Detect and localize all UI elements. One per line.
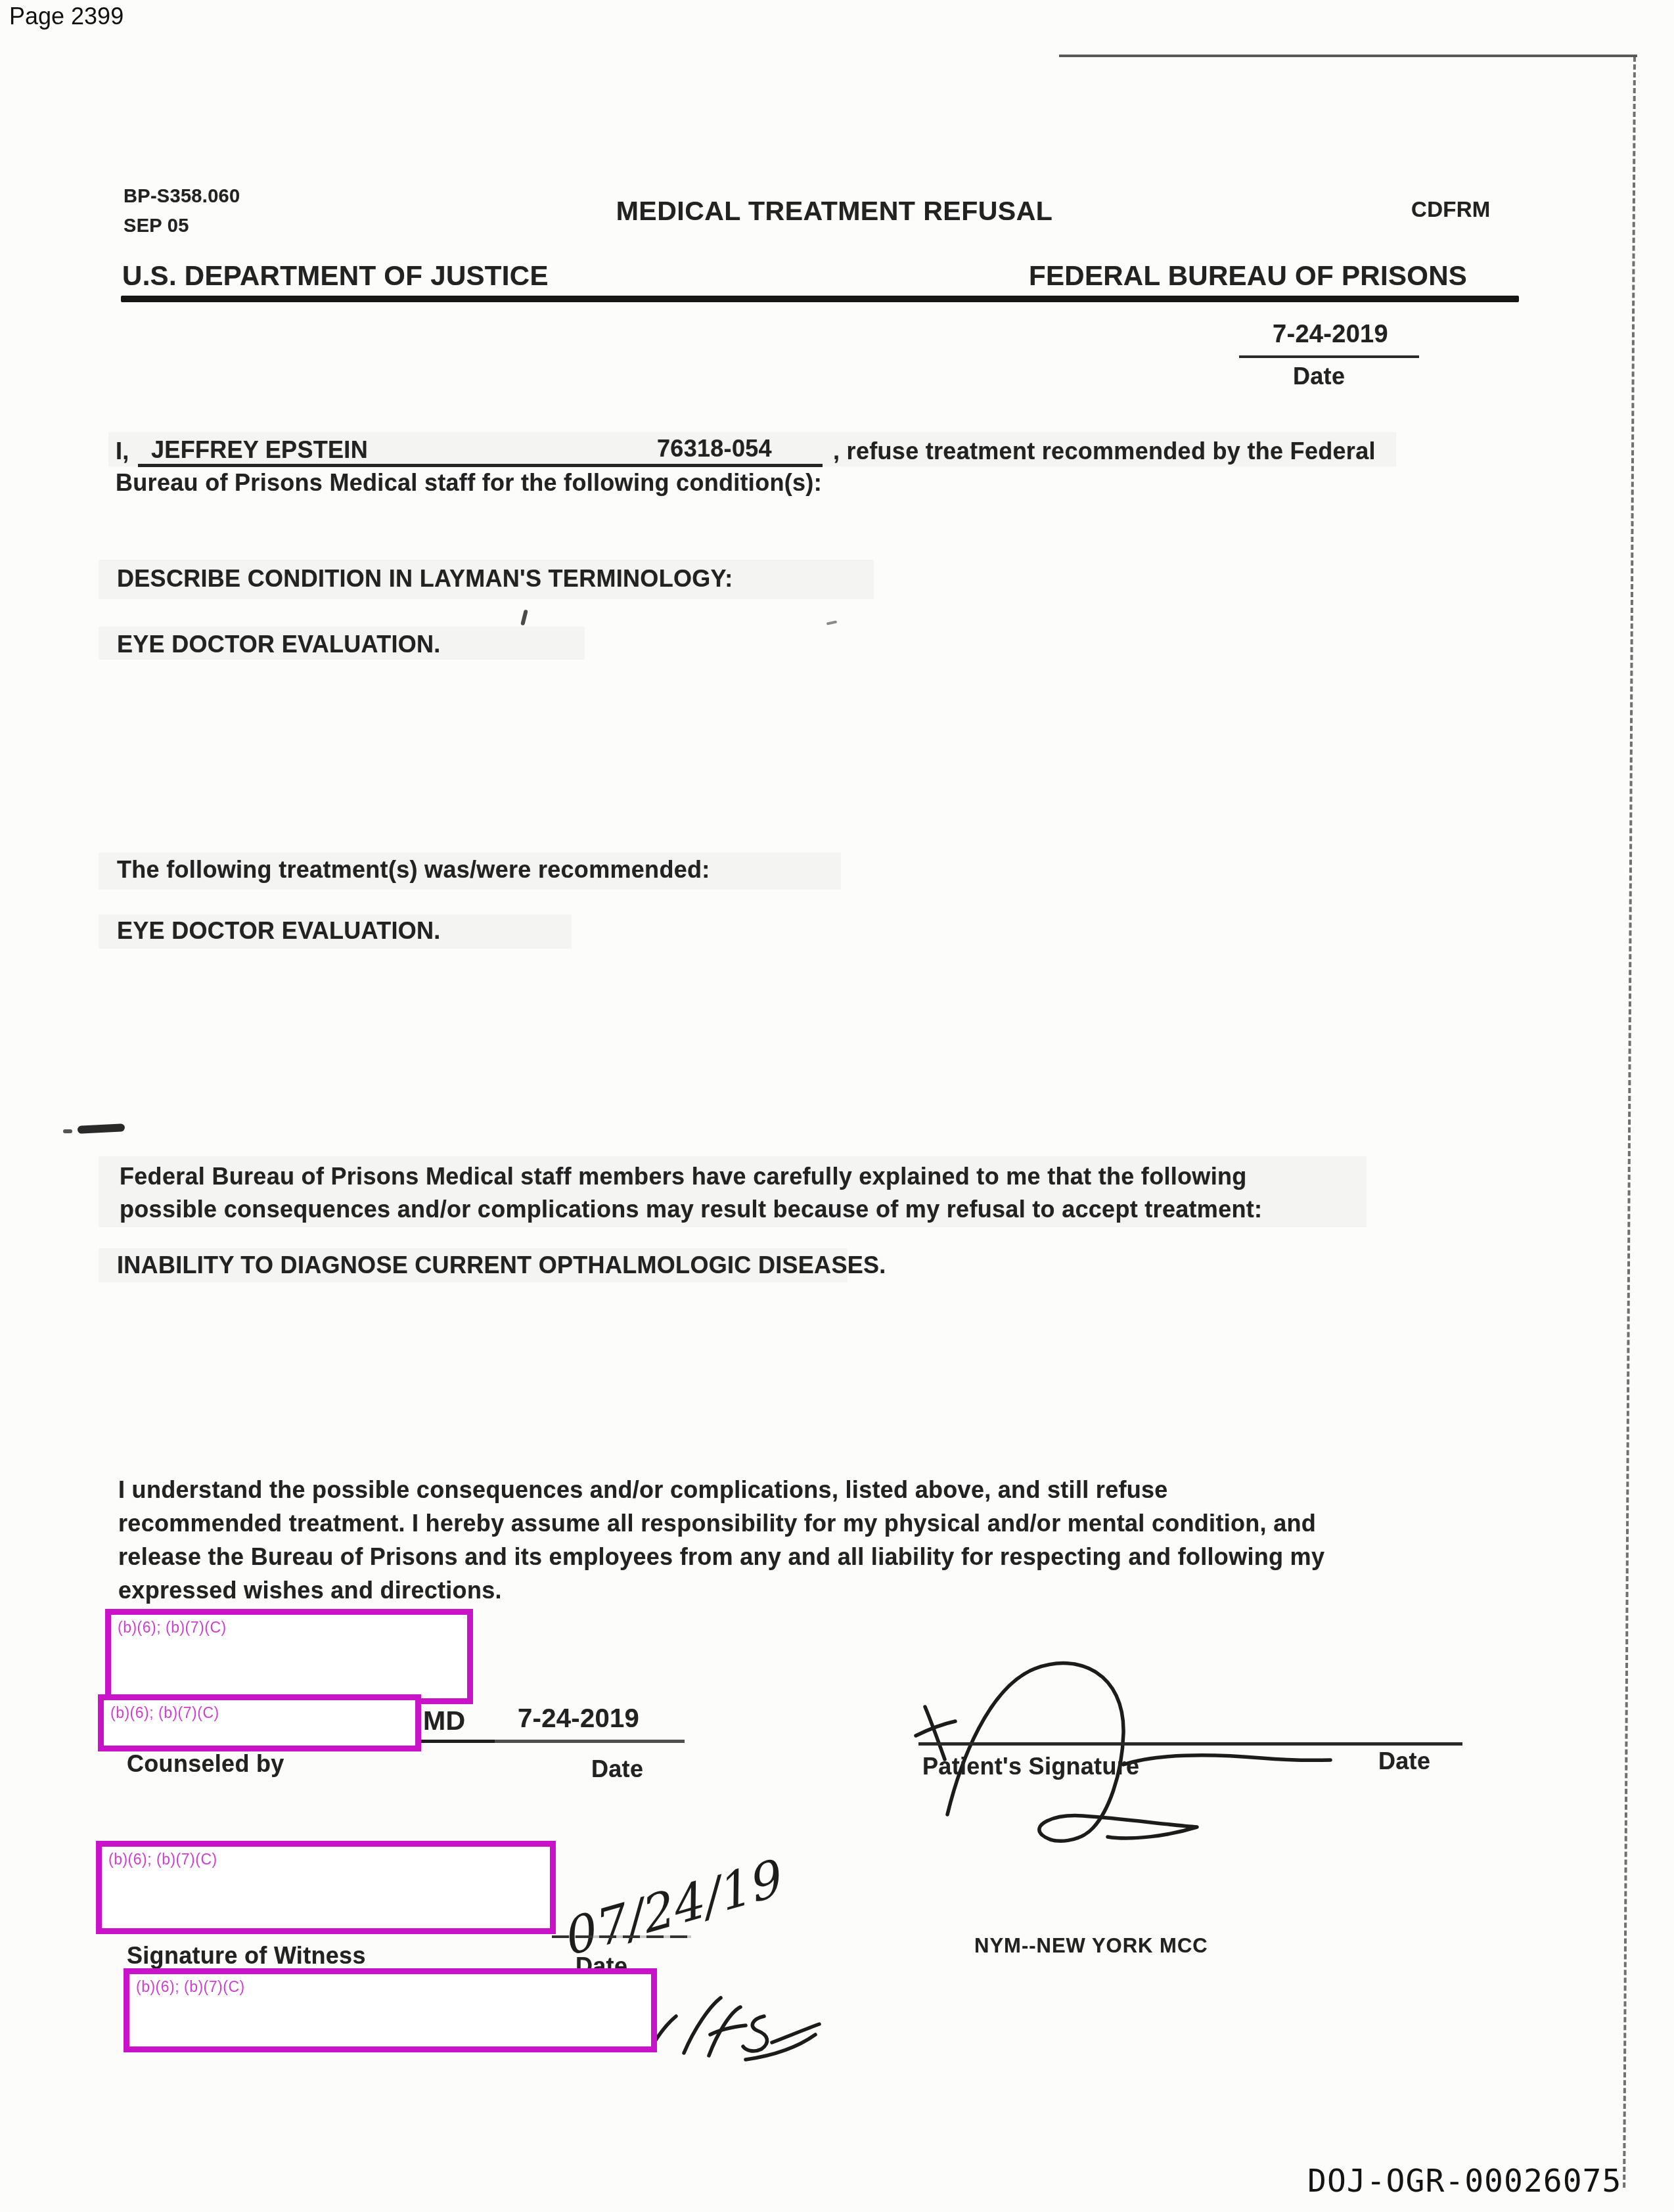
witness-date-underline — [552, 1935, 691, 1938]
register-number-value: 76318-054 — [657, 435, 772, 463]
name-field-underline — [138, 464, 823, 467]
scan-artifact-right-line — [1623, 56, 1636, 2188]
bureau-title: FEDERAL BUREAU OF PRISONS — [1029, 260, 1467, 292]
patient-name-value: JEFFREY EPSTEIN — [151, 436, 368, 464]
facility-name: NYM--NEW YORK MCC — [974, 1934, 1208, 1958]
redaction-exemption-label: (b)(6); (b)(7)(C) — [102, 1847, 550, 1868]
form-date-label: Date — [1293, 363, 1345, 390]
department-title: U.S. DEPARTMENT OF JUSTICE — [122, 260, 549, 292]
patient-signature-line — [918, 1742, 1462, 1746]
counselor-credential: MD — [423, 1705, 465, 1736]
form-title: MEDICAL TREATMENT REFUSAL — [591, 196, 1077, 227]
witness-scribble — [647, 1987, 831, 2086]
consequences-paragraph: Federal Bureau of Prisons Medical staff … — [120, 1160, 1262, 1226]
redaction-box-counselor-2: (b)(6); (b)(7)(C) — [98, 1694, 421, 1751]
header-rule — [121, 296, 1519, 302]
consequences-value: INABILITY TO DIAGNOSE CURRENT OPTHALMOLO… — [117, 1252, 886, 1279]
counseled-date-value: 7-24-2019 — [518, 1704, 639, 1734]
redaction-exemption-label: (b)(6); (b)(7)(C) — [129, 1974, 651, 1996]
scan-speck — [826, 620, 837, 625]
counseled-date-label: Date — [591, 1755, 643, 1783]
form-code: CDFRM — [1411, 197, 1491, 222]
page-label: Page 2399 — [9, 3, 124, 30]
scanned-document-page: { "page": { "label": "Page 2399", "bates… — [0, 0, 1674, 2212]
scan-smudge-mark — [78, 1123, 125, 1134]
treatment-heading: The following treatment(s) was/were reco… — [117, 856, 710, 884]
form-date-value: 7-24-2019 — [1242, 321, 1419, 349]
bates-number: DOJ-OGR-00026075 — [1307, 2163, 1621, 2200]
form-number: BP-S358.060 — [124, 186, 240, 208]
redaction-exemption-label: (b)(6); (b)(7)(C) — [111, 1615, 467, 1636]
intro-line2: Bureau of Prisons Medical staff for the … — [116, 469, 822, 497]
witness-handwritten-date: 07/24/19 — [558, 1833, 795, 1964]
form-revision-date: SEP 05 — [124, 215, 189, 237]
redaction-box-witness-2: (b)(6); (b)(7)(C) — [124, 1968, 657, 2052]
treatment-value: EYE DOCTOR EVALUATION. — [117, 917, 441, 945]
scan-artifact-top-line — [1059, 55, 1637, 57]
form-date-underline — [1239, 355, 1419, 358]
acknowledgement-paragraph: I understand the possible consequences a… — [118, 1473, 1324, 1607]
counseled-date-underline — [420, 1740, 685, 1743]
patient-signature-label: Patient's Signature — [922, 1753, 1139, 1780]
redaction-box-witness-1: (b)(6); (b)(7)(C) — [96, 1841, 556, 1934]
intro-prefix: I, — [116, 438, 129, 465]
witness-signature-label: Signature of Witness — [127, 1942, 366, 1970]
condition-heading: DESCRIBE CONDITION IN LAYMAN'S TERMINOLO… — [117, 565, 733, 593]
intro-suffix: , refuse treatment recommended by the Fe… — [833, 438, 1376, 465]
redaction-exemption-label: (b)(6); (b)(7)(C) — [104, 1700, 415, 1722]
condition-value: EYE DOCTOR EVALUATION. — [117, 631, 441, 658]
redaction-box-counselor-1: (b)(6); (b)(7)(C) — [105, 1609, 473, 1704]
counseled-by-label: Counseled by — [127, 1750, 284, 1778]
scan-speck — [520, 610, 528, 626]
patient-date-label: Date — [1378, 1748, 1430, 1775]
scan-smudge-mark — [63, 1129, 72, 1133]
witness-handwritten-date-text: 07/24/19 — [562, 1847, 788, 1967]
